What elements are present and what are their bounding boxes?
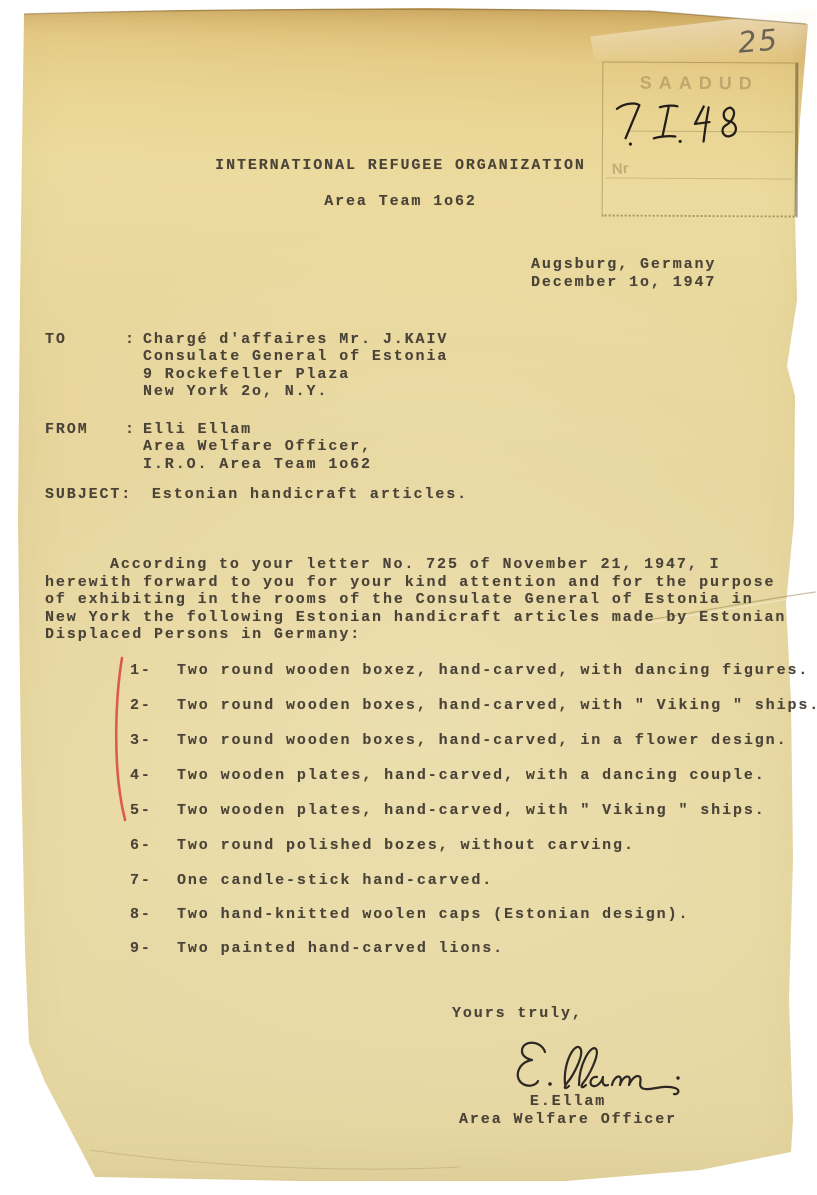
list-item: 8-Two hand-knitted woolen caps (Estonian… bbox=[130, 906, 689, 923]
subject-row: SUBJECT: Estonian handicraft articles. bbox=[45, 486, 468, 503]
recipient-colon: : bbox=[125, 331, 137, 348]
signed-name: E.Ellam bbox=[432, 1093, 704, 1111]
recipient-line: New York 2o, N.Y. bbox=[143, 383, 448, 400]
recipient-line: Consulate General of Estonia bbox=[143, 348, 448, 365]
stamp-rule-line bbox=[606, 178, 793, 180]
body-line: New York the following Estonian handicra… bbox=[45, 609, 795, 627]
list-item: 1-Two round wooden boxez, hand-carved, w… bbox=[130, 662, 809, 679]
body-line: Displaced Persons in Germany: bbox=[45, 626, 795, 644]
stamp-title: SAADUD bbox=[603, 72, 795, 94]
sender-colon: : bbox=[125, 421, 137, 438]
signature-block: E.Ellam Area Welfare Officer bbox=[432, 1093, 704, 1128]
dateline-date: December 1o, 1947 bbox=[531, 274, 716, 292]
recipient-label: TO bbox=[45, 331, 125, 348]
dateline: Augsburg, Germany December 1o, 1947 bbox=[531, 256, 716, 291]
item-number: 7- bbox=[130, 872, 177, 889]
body-line: According to your letter No. 725 of Nove… bbox=[45, 556, 795, 574]
item-number: 1- bbox=[130, 662, 177, 679]
item-number: 4- bbox=[130, 767, 177, 784]
handwritten-date bbox=[609, 95, 765, 152]
item-number: 3- bbox=[130, 732, 177, 749]
item-text: Two wooden plates, hand-carved, with a d… bbox=[177, 767, 766, 784]
sender-line: Elli Ellam bbox=[143, 421, 372, 438]
item-text: Two round wooden boxes, hand-carved, in … bbox=[177, 732, 787, 749]
recipient-line: 9 Rockefeller Plaza bbox=[143, 366, 448, 383]
sender-line: Area Welfare Officer, bbox=[143, 438, 372, 455]
item-text: One candle-stick hand-carved. bbox=[177, 872, 493, 889]
scanned-letter-page: 25 SAADUD Nr INTERNATIONAL REFUGEE ORGAN… bbox=[0, 0, 817, 1195]
item-text: Two round wooden boxes, hand-carved, wit… bbox=[177, 697, 817, 714]
valediction: Yours truly, bbox=[452, 1005, 583, 1022]
body-paragraph: According to your letter No. 725 of Nove… bbox=[45, 556, 795, 644]
item-text: Two round polished bozes, without carvin… bbox=[177, 837, 635, 854]
sender-label: FROM bbox=[45, 421, 125, 438]
list-item: 2-Two round wooden boxes, hand-carved, w… bbox=[130, 697, 817, 714]
recipient-block: TO : Chargé d'affaires Mr. J.KAIV Consul… bbox=[45, 331, 448, 401]
list-item: 5-Two wooden plates, hand-carved, with "… bbox=[130, 802, 766, 819]
dateline-place: Augsburg, Germany bbox=[531, 256, 716, 274]
list-item: 6-Two round polished bozes, without carv… bbox=[130, 837, 635, 854]
item-text: Two round wooden boxez, hand-carved, wit… bbox=[177, 662, 809, 679]
org-unit: Area Team 1o62 bbox=[0, 193, 809, 210]
body-line: herewith forward to you for your kind at… bbox=[45, 574, 795, 592]
list-item: 9-Two painted hand-carved lions. bbox=[130, 940, 504, 957]
list-item: 4-Two wooden plates, hand-carved, with a… bbox=[130, 767, 766, 784]
recipient-line: Chargé d'affaires Mr. J.KAIV bbox=[143, 331, 448, 348]
signed-title: Area Welfare Officer bbox=[432, 1111, 704, 1129]
item-text: Two hand-knitted woolen caps (Estonian d… bbox=[177, 906, 689, 923]
org-title: INTERNATIONAL REFUGEE ORGANIZATION bbox=[0, 157, 809, 174]
item-number: 2- bbox=[130, 697, 177, 714]
sender-block: FROM : Elli Ellam Area Welfare Officer, … bbox=[45, 421, 372, 473]
item-text: Two wooden plates, hand-carved, with " V… bbox=[177, 802, 766, 819]
item-number: 6- bbox=[130, 837, 177, 854]
list-item: 7-One candle-stick hand-carved. bbox=[130, 872, 493, 889]
pencil-page-number: 25 bbox=[737, 22, 781, 59]
body-line: of exhibiting in the rooms of the Consul… bbox=[45, 591, 795, 609]
item-number: 5- bbox=[130, 802, 177, 819]
item-number: 9- bbox=[130, 940, 177, 957]
item-number: 8- bbox=[130, 906, 177, 923]
sender-line: I.R.O. Area Team 1o62 bbox=[143, 456, 372, 473]
list-item: 3-Two round wooden boxes, hand-carved, i… bbox=[130, 732, 787, 749]
subject-label: SUBJECT: bbox=[45, 486, 141, 503]
subject-text: Estonian handicraft articles. bbox=[152, 486, 468, 503]
item-text: Two painted hand-carved lions. bbox=[177, 940, 504, 957]
